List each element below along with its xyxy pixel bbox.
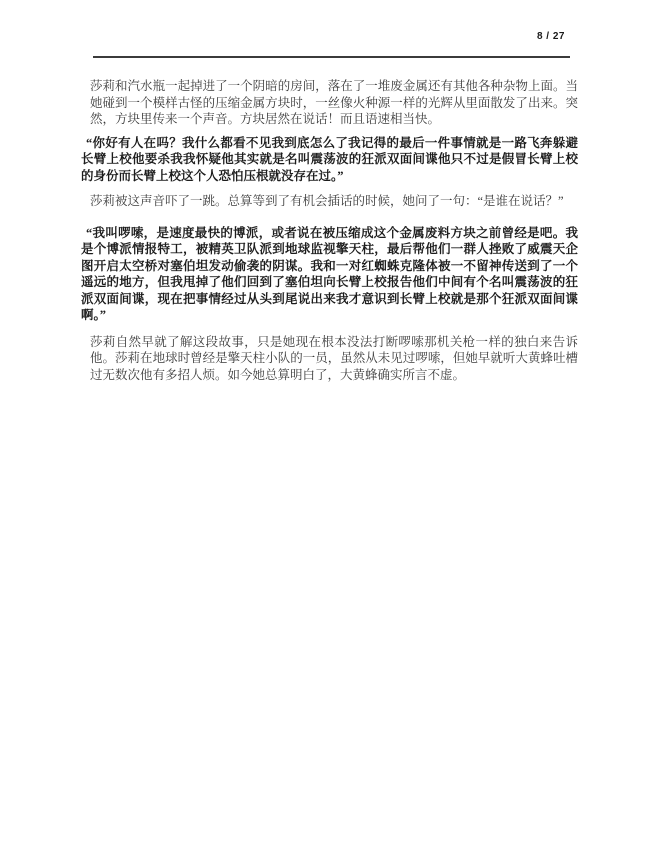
paragraph: 莎莉被这声音吓了一跳。总算等到了有机会插话的时候，她问了一句：“是谁在说话？”: [90, 193, 578, 210]
document-page: 8 / 27 莎莉和汽水瓶一起掉进了一个阴暗的房间，落在了一堆废金属还有其他各种…: [0, 0, 660, 854]
paragraph-quote: “我叫啰嗦，是速度最快的博派，或者说在被压缩成这个金属废料方块之前曾经是吧。我是…: [81, 225, 578, 324]
paragraph: 莎莉自然早就了解这段故事，只是她现在根本没法打断啰嗦那机关枪一样的独白来告诉他。…: [90, 334, 578, 384]
document-body: 莎莉和汽水瓶一起掉进了一个阴暗的房间，落在了一堆废金属还有其他各种杂物上面。当她…: [81, 78, 578, 383]
header-divider: [93, 56, 570, 58]
page-number: 8 / 27: [537, 31, 565, 42]
paragraph: 莎莉和汽水瓶一起掉进了一个阴暗的房间，落在了一堆废金属还有其他各种杂物上面。当她…: [90, 78, 578, 128]
paragraph-quote: “你好有人在吗？我什么都看不见我到底怎么了我记得的最后一件事情就是一路飞奔躲避长…: [81, 135, 578, 185]
